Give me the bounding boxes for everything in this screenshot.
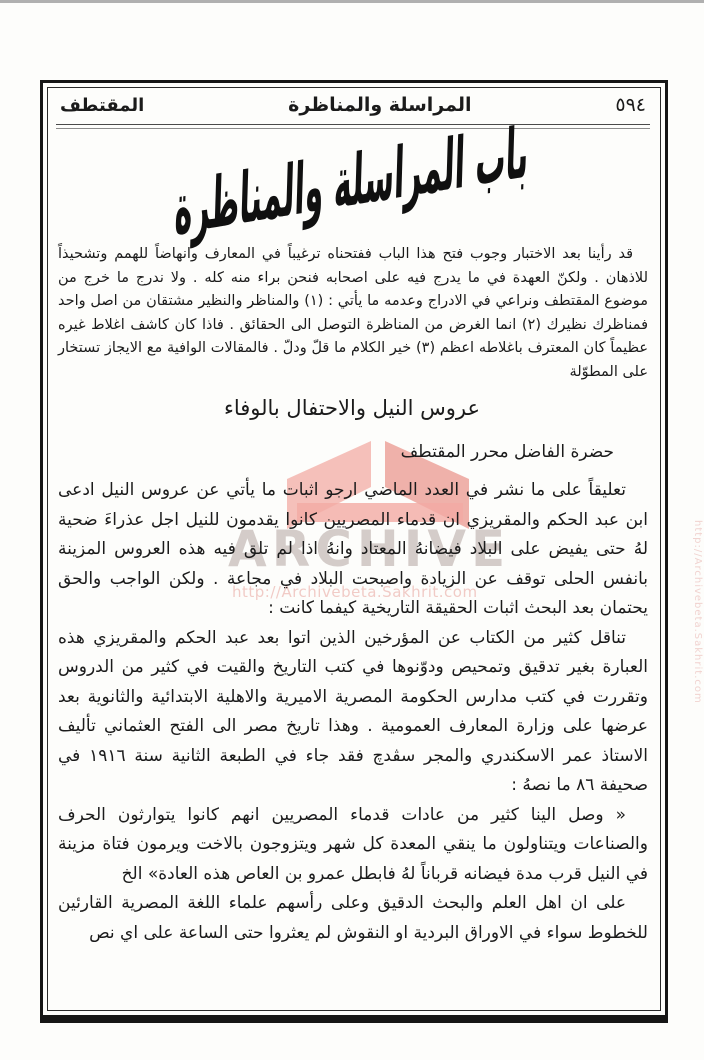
- journal-name: المقتطف: [60, 95, 144, 116]
- editorial-intro-paragraph: قد رأينا بعد الاختبار وجوب فتح هذا الباب…: [58, 243, 648, 384]
- running-header: ٥٩٤ المراسلة والمناظرة المقتطف: [60, 94, 646, 116]
- section-running-title: المراسلة والمناظرة: [288, 94, 471, 116]
- article-paragraph: تناقل كثير من الكتاب عن المؤرخين الذين ا…: [58, 624, 648, 801]
- article-paragraph: على ان اهل العلم والبحث الدقيق وعلى رأسه…: [58, 889, 648, 948]
- article-quote-paragraph: « وصل الينا كثير من عادات قدماء المصريين…: [58, 801, 648, 890]
- article-salutation: حضرة الفاضل محرر المقتطف: [58, 442, 648, 462]
- article-title: عروس النيل والاحتفال بالوفاء: [0, 396, 704, 420]
- header-divider-rule: [56, 124, 650, 129]
- article-paragraph: تعليقاً على ما نشر في العدد الماضي ارجو …: [58, 476, 648, 624]
- article-body: تعليقاً على ما نشر في العدد الماضي ارجو …: [58, 476, 648, 948]
- watermark-side-url-text: http://Archivebeta.Sakhrit.com: [692, 520, 703, 740]
- calligraphic-banner: باب المراسلة والمناظرة: [0, 152, 704, 212]
- scanned-magazine-page: ARCHIVE http://Archivebeta.Sakhrit.com h…: [0, 0, 704, 1060]
- page-number: ٥٩٤: [615, 94, 646, 116]
